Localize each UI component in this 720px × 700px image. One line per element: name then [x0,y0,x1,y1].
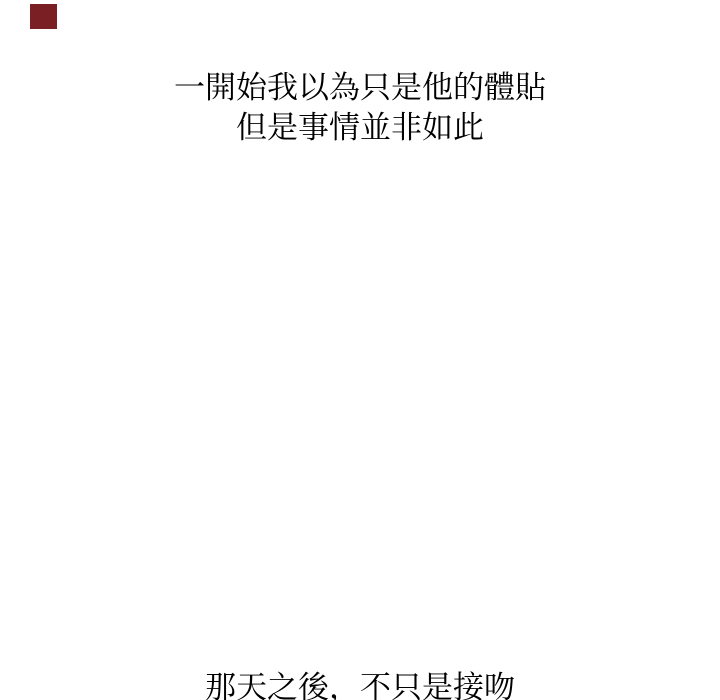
webtoon-page: 一開始我以為只是他的體貼 但是事情並非如此 那天之後，不只是接吻 [0,0,720,700]
narration-top-line1: 一開始我以為只是他的體貼 [0,68,720,108]
narration-top-block: 一開始我以為只是他的體貼 但是事情並非如此 [0,68,720,148]
narration-bottom-line1: 那天之後，不只是接吻 [0,668,720,700]
narration-top-line2: 但是事情並非如此 [0,108,720,148]
red-marker-block [30,4,57,29]
narration-bottom-block: 那天之後，不只是接吻 [0,668,720,700]
